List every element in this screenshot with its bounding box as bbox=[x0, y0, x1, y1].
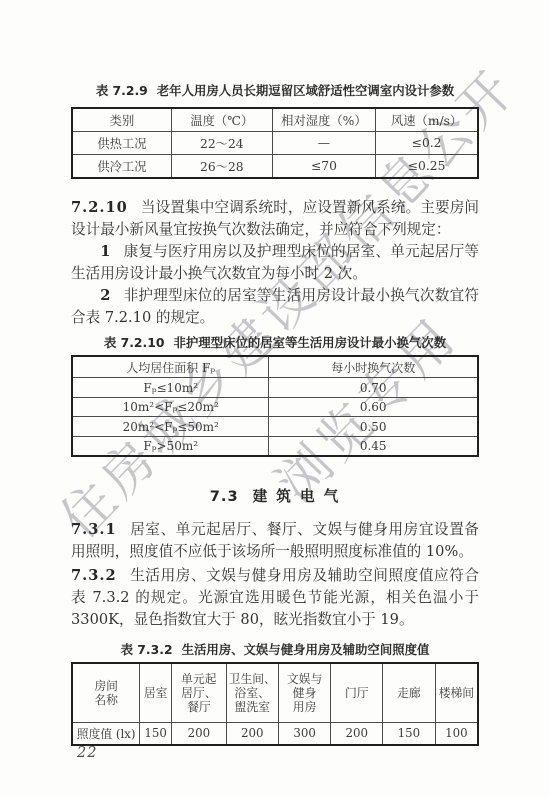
table-cell: 0.45 bbox=[269, 436, 478, 456]
clause-7-3-2: 7.3.2生活用房、文娱与健身用房及辅助空间照度值应符合表 7.3.2 的规定。… bbox=[71, 565, 479, 631]
clause-7-3-1: 7.3.1居室、单元起居厅、餐厅、文娱与健身用房宜设置备用照明，照度值不应低于该… bbox=[71, 519, 479, 563]
item-number: 1 bbox=[100, 243, 110, 260]
table-header-cell: 房间 名称 bbox=[72, 663, 140, 723]
clause-text: 居室、单元起居厅、餐厅、文娱与健身用房宜设置备用照明，照度值不应低于该场所一般照… bbox=[71, 521, 479, 560]
table-cell: 0.50 bbox=[269, 417, 478, 437]
clause-text: 生活用房、文娱与健身用房及辅助空间照度值应符合表 7.3.2 的规定。光源宜选用… bbox=[71, 567, 479, 628]
table-caption-label: 表 7.3.2 bbox=[121, 642, 173, 657]
table-header-cell: 门厅 bbox=[331, 663, 383, 723]
item-text: 非护理型床位的居室等生活用房设计最小换气次数宜符合表 7.2.10 的规定。 bbox=[71, 287, 479, 326]
table-cell: Fₚ>50m² bbox=[72, 436, 269, 456]
table-cell: ≤70 bbox=[272, 155, 376, 179]
table-caption-title: 老年人用房人员长期逗留区域舒适性空调室内设计参数 bbox=[157, 83, 454, 98]
table-caption-title: 生活用房、文娱与健身用房及辅助空间照度值 bbox=[182, 642, 430, 657]
clause-7-2-10-item-2: 2非护理型床位的居室等生活用房设计最小换气次数宜符合表 7.2.10 的规定。 bbox=[71, 285, 479, 329]
table-row: Fₚ≤10m² 0.70 bbox=[72, 378, 478, 398]
item-text: 康复与医疗用房以及护理型床位的居室、单元起居厅等生活用房设计最小换气次数宜为每小… bbox=[71, 243, 479, 282]
table-header-cell: 单元起 居厅、 餐厅 bbox=[171, 663, 226, 723]
table-row: 供热工况 22～24 — ≤0.2 bbox=[72, 132, 478, 155]
table-header-cell: 楼梯间 bbox=[435, 663, 478, 723]
document-page: 住房城乡建设部信息公开 浏览专用 表 7.2.9老年人用房人员长期逗留区域舒适性… bbox=[0, 0, 550, 796]
table-7-2-9: 类别 温度（℃） 相对湿度（%） 风速（m/s） 供热工况 22～24 — ≤0… bbox=[71, 107, 479, 179]
table-caption-title: 非护理型床位的居室等生活用房设计最小换气次数 bbox=[174, 335, 447, 350]
table-cell: 100 bbox=[435, 722, 478, 745]
clause-7-2-10: 7.2.10当设置集中空调系统时，应设置新风系统。主要房间设计最小新风量宜按换气… bbox=[71, 197, 479, 241]
table-header-cell: 每小时换气次数 bbox=[269, 356, 478, 378]
table-cell: 22～24 bbox=[171, 132, 272, 155]
table-header-cell: 人均居住面积 Fₚ bbox=[72, 356, 269, 378]
table-cell: 供热工况 bbox=[72, 132, 171, 155]
table-cell: 150 bbox=[140, 722, 172, 745]
table-header-cell: 类别 bbox=[72, 108, 171, 132]
table-7-2-10: 人均居住面积 Fₚ 每小时换气次数 Fₚ≤10m² 0.70 10m²<Fₚ≤2… bbox=[71, 355, 479, 457]
table-header-cell: 走廊 bbox=[383, 663, 436, 723]
clause-number: 7.3.1 bbox=[71, 521, 117, 538]
clause-text: 当设置集中空调系统时，应设置新风系统。主要房间设计最小新风量宜按换气次数法确定，… bbox=[71, 199, 479, 238]
table-cell: 10m²<Fₚ≤20m² bbox=[72, 397, 269, 417]
table-cell: 200 bbox=[226, 722, 278, 745]
table-7-2-10-caption: 表 7.2.10非护理型床位的居室等生活用房设计最小换气次数 bbox=[71, 336, 479, 350]
table-7-3-2: 房间 名称 居室 单元起 居厅、 餐厅 卫生间、 浴室、 盥洗室 文娱与 健身 … bbox=[71, 662, 479, 746]
table-header-cell: 文娱与 健身 用房 bbox=[278, 663, 331, 723]
table-header-cell: 卫生间、 浴室、 盥洗室 bbox=[226, 663, 278, 723]
page-number: 22 bbox=[77, 745, 97, 761]
table-7-3-2-caption: 表 7.3.2生活用房、文娱与健身用房及辅助空间照度值 bbox=[71, 643, 479, 657]
table-header-row: 类别 温度（℃） 相对湿度（%） 风速（m/s） bbox=[72, 108, 478, 132]
table-caption-label: 表 7.2.9 bbox=[96, 83, 148, 98]
section-number: 7.3 bbox=[210, 488, 239, 505]
table-cell: 26～28 bbox=[171, 155, 272, 179]
table-row: 20m²<Fₚ≤50m² 0.50 bbox=[72, 417, 478, 437]
table-header-cell: 相对湿度（%） bbox=[272, 108, 376, 132]
table-header-row: 人均居住面积 Fₚ 每小时换气次数 bbox=[72, 356, 478, 378]
table-row: 供冷工况 26～28 ≤70 ≤0.25 bbox=[72, 155, 478, 179]
table-cell: ≤0.25 bbox=[376, 155, 478, 179]
table-row: 照度值 (lx) 150 200 200 300 200 150 100 bbox=[72, 722, 478, 745]
table-header-cell: 温度（℃） bbox=[171, 108, 272, 132]
table-row: Fₚ>50m² 0.45 bbox=[72, 436, 478, 456]
table-cell: 照度值 (lx) bbox=[72, 722, 140, 745]
table-header-cell: 居室 bbox=[140, 663, 172, 723]
page-content: 表 7.2.9老年人用房人员长期逗留区域舒适性空调室内设计参数 类别 温度（℃）… bbox=[71, 0, 479, 746]
table-7-2-9-caption: 表 7.2.9老年人用房人员长期逗留区域舒适性空调室内设计参数 bbox=[71, 84, 479, 98]
table-cell: — bbox=[272, 132, 376, 155]
table-cell: 供冷工况 bbox=[72, 155, 171, 179]
table-cell: 20m²<Fₚ≤50m² bbox=[72, 417, 269, 437]
table-cell: 200 bbox=[171, 722, 226, 745]
clause-number: 7.2.10 bbox=[71, 199, 128, 216]
table-cell: 200 bbox=[331, 722, 383, 745]
table-cell: 300 bbox=[278, 722, 331, 745]
clause-7-2-10-item-1: 1康复与医疗用房以及护理型床位的居室、单元起居厅等生活用房设计最小换气次数宜为每… bbox=[71, 241, 479, 285]
table-cell: 0.60 bbox=[269, 397, 478, 417]
table-header-cell: 风速（m/s） bbox=[376, 108, 478, 132]
table-row: 10m²<Fₚ≤20m² 0.60 bbox=[72, 397, 478, 417]
table-caption-label: 表 7.2.10 bbox=[104, 335, 165, 350]
table-cell: Fₚ≤10m² bbox=[72, 378, 269, 398]
clause-number: 7.3.2 bbox=[71, 567, 117, 584]
section-7-3-heading: 7.3建 筑 电 气 bbox=[71, 488, 479, 505]
table-cell: 0.70 bbox=[269, 378, 478, 398]
table-cell: 150 bbox=[383, 722, 436, 745]
item-number: 2 bbox=[100, 287, 110, 304]
section-title: 建 筑 电 气 bbox=[253, 488, 341, 505]
table-header-row: 房间 名称 居室 单元起 居厅、 餐厅 卫生间、 浴室、 盥洗室 文娱与 健身 … bbox=[72, 663, 478, 723]
table-cell: ≤0.2 bbox=[376, 132, 478, 155]
